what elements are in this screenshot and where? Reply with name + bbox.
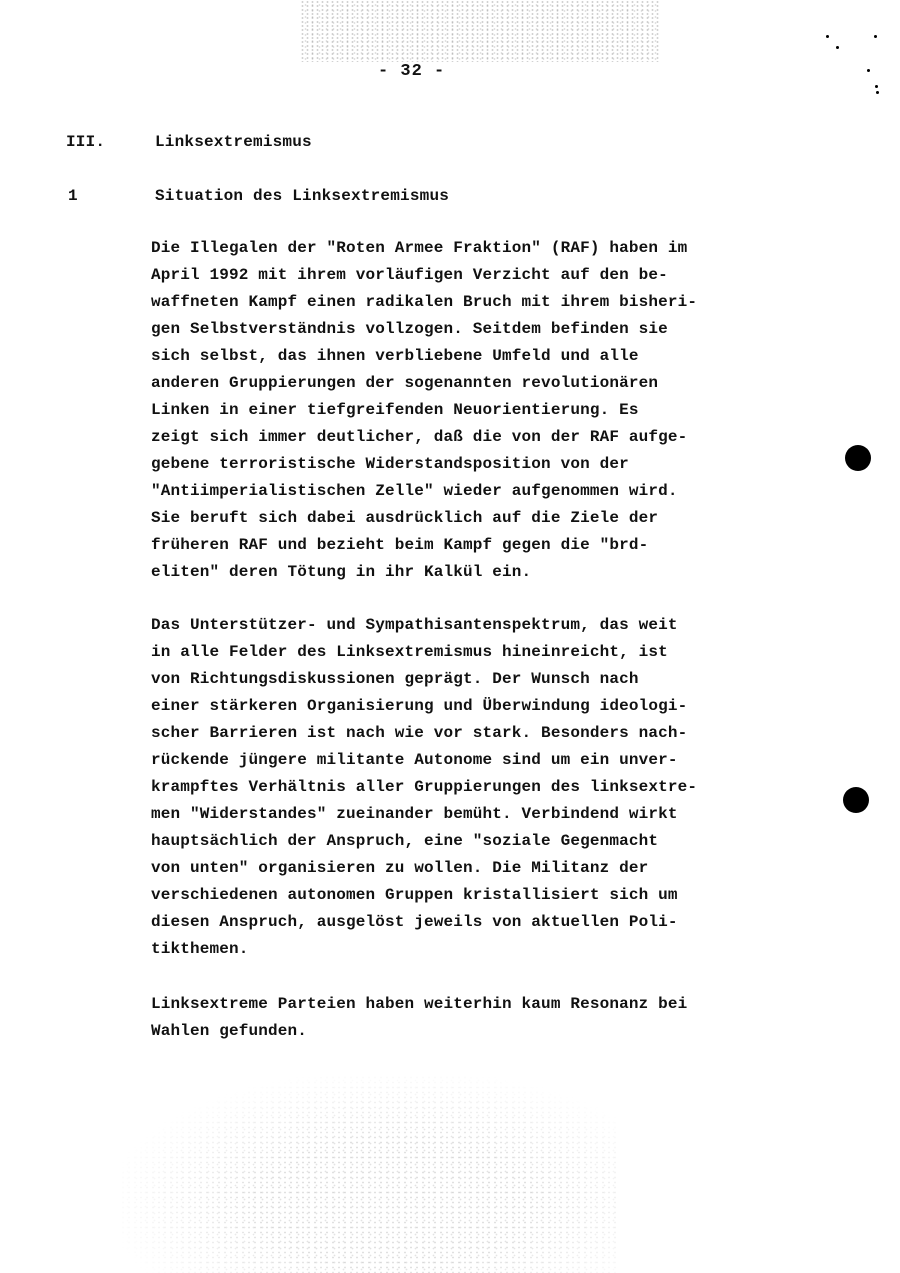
text-line: krampftes Verhältnis aller Gruppierungen… <box>151 774 791 801</box>
scan-speck <box>876 91 879 94</box>
text-line: hauptsächlich der Anspruch, eine "sozial… <box>151 828 791 855</box>
text-line: waffneten Kampf einen radikalen Bruch mi… <box>151 289 791 316</box>
text-line: zeigt sich immer deutlicher, daß die von… <box>151 424 791 451</box>
text-line: April 1992 mit ihrem vorläufigen Verzich… <box>151 262 791 289</box>
text-line: Linksextreme Parteien haben weiterhin ka… <box>151 991 791 1018</box>
scan-noise-bottom <box>120 1075 620 1273</box>
text-line: in alle Felder des Linksextremismus hine… <box>151 639 791 666</box>
paragraph-raf: Die Illegalen der "Roten Armee Fraktion"… <box>151 235 791 586</box>
punch-hole-icon <box>843 787 869 813</box>
text-line: von unten" organisieren zu wollen. Die M… <box>151 855 791 882</box>
page-number: - 32 - <box>378 62 445 81</box>
text-line: diesen Anspruch, ausgelöst jeweils von a… <box>151 909 791 936</box>
section-number: 1 <box>68 187 78 205</box>
text-line: Sie beruft sich dabei ausdrücklich auf d… <box>151 505 791 532</box>
text-line: tikthemen. <box>151 936 791 963</box>
scan-noise-top <box>300 0 660 62</box>
text-line: Die Illegalen der "Roten Armee Fraktion"… <box>151 235 791 262</box>
text-line: verschiedenen autonomen Gruppen kristall… <box>151 882 791 909</box>
section-title: Situation des Linksextremismus <box>155 187 449 205</box>
chapter-number: III. <box>66 133 105 151</box>
punch-hole-icon <box>845 445 871 471</box>
text-line: Linken in einer tiefgreifenden Neuorient… <box>151 397 791 424</box>
scan-speck <box>875 85 878 88</box>
text-line: gebene terroristische Widerstandspositio… <box>151 451 791 478</box>
scan-speck <box>836 46 839 49</box>
text-line: men "Widerstandes" zueinander bemüht. Ve… <box>151 801 791 828</box>
paragraph-parteien: Linksextreme Parteien haben weiterhin ka… <box>151 991 791 1045</box>
text-line: einer stärkeren Organisierung und Überwi… <box>151 693 791 720</box>
text-line: anderen Gruppierungen der sogenannten re… <box>151 370 791 397</box>
text-line: sich selbst, das ihnen verbliebene Umfel… <box>151 343 791 370</box>
scan-speck <box>826 35 829 38</box>
scanned-page: - 32 - III. Linksextremismus 1 Situation… <box>0 0 900 1273</box>
text-line: Das Unterstützer- und Sympathisantenspek… <box>151 612 791 639</box>
text-line: rückende jüngere militante Autonome sind… <box>151 747 791 774</box>
chapter-title: Linksextremismus <box>155 133 312 151</box>
text-line: gen Selbstverständnis vollzogen. Seitdem… <box>151 316 791 343</box>
text-line: "Antiimperialistischen Zelle" wieder auf… <box>151 478 791 505</box>
text-line: von Richtungsdiskussionen geprägt. Der W… <box>151 666 791 693</box>
text-line: scher Barrieren ist nach wie vor stark. … <box>151 720 791 747</box>
scan-speck <box>867 69 870 72</box>
text-line: eliten" deren Tötung in ihr Kalkül ein. <box>151 559 791 586</box>
paragraph-sympathisanten: Das Unterstützer- und Sympathisantenspek… <box>151 612 791 963</box>
text-line: Wahlen gefunden. <box>151 1018 791 1045</box>
scan-speck <box>874 35 877 38</box>
text-line: früheren RAF und bezieht beim Kampf gege… <box>151 532 791 559</box>
